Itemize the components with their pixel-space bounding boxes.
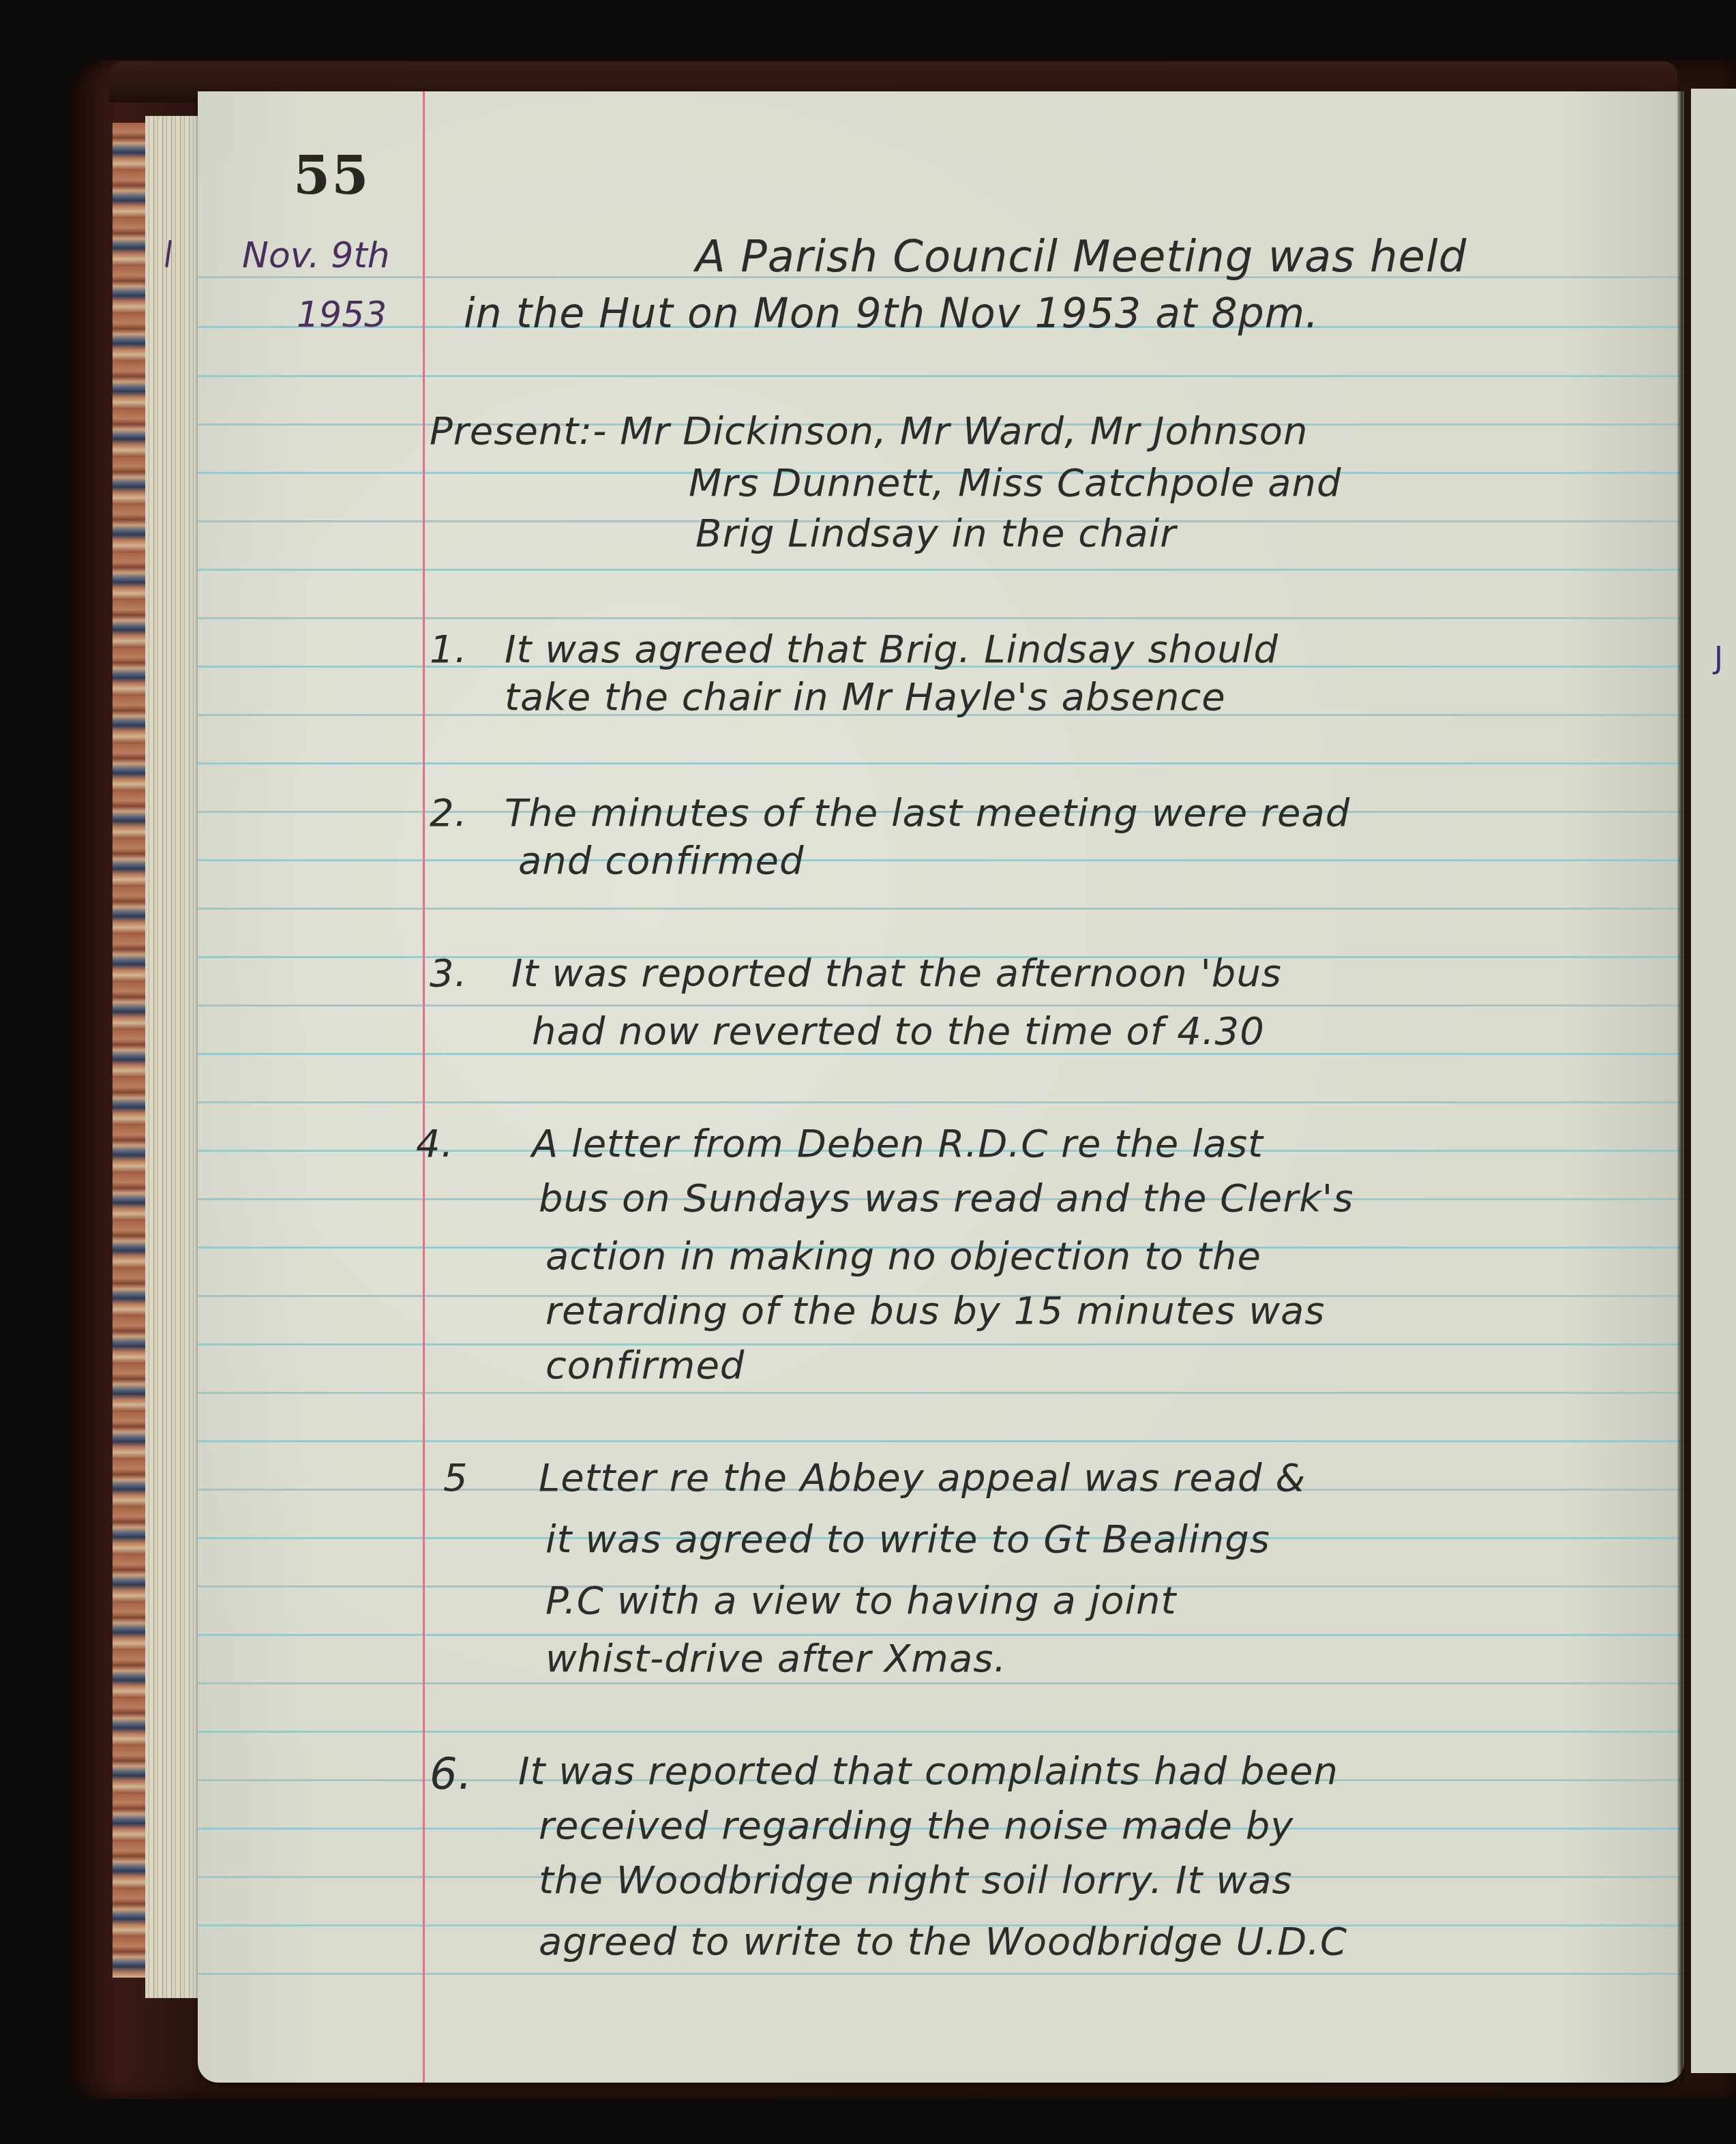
gutter-fold-shadow bbox=[1677, 91, 1687, 2083]
minute-item-line: Letter re the Abbey appeal was read & bbox=[539, 1456, 1306, 1500]
minute-item-line: whist-drive after Xmas. bbox=[545, 1637, 1006, 1681]
minute-item-line: It was reported that complaints had been bbox=[518, 1749, 1338, 1793]
minute-item-line: The minutes of the last meeting were rea… bbox=[505, 791, 1350, 835]
attendees-line: Present:- Mr Dickinson, Mr Ward, Mr John… bbox=[430, 409, 1308, 453]
ruled-line bbox=[198, 908, 1684, 910]
ruled-line bbox=[198, 617, 1684, 619]
minute-item-line: take the chair in Mr Hayle's absence bbox=[505, 675, 1226, 719]
minutes-heading-line: A Parish Council Meeting was held bbox=[695, 232, 1467, 282]
minute-item-line: received regarding the noise made by bbox=[539, 1804, 1293, 1848]
entry-date-day: Nov. 9th bbox=[242, 235, 390, 276]
item-number: 2. bbox=[430, 791, 467, 835]
marbled-page-edges bbox=[113, 123, 145, 1978]
minute-item-line: the Woodbridge night soil lorry. It was bbox=[539, 1858, 1293, 1903]
facing-page: J bbox=[1691, 89, 1736, 2073]
ruled-line bbox=[198, 1682, 1684, 1684]
item-number: 6. bbox=[430, 1749, 473, 1800]
ruled-line bbox=[198, 1101, 1684, 1103]
minute-item-line: P.C with a view to having a joint bbox=[545, 1579, 1177, 1623]
minute-item-line: action in making no objection to the bbox=[545, 1234, 1261, 1279]
page-stack-edges bbox=[145, 116, 200, 1998]
ruled-line bbox=[198, 859, 1684, 861]
ruled-line bbox=[198, 1973, 1684, 1975]
page-number: 55 bbox=[293, 145, 370, 207]
facing-page-mark: J bbox=[1714, 641, 1723, 676]
minute-item-line: It was reported that the afternoon 'bus bbox=[511, 951, 1282, 996]
ruled-line bbox=[198, 1440, 1684, 1442]
minute-item-line: agreed to write to the Woodbridge U.D.C bbox=[539, 1920, 1347, 1964]
item-number: 3. bbox=[430, 951, 467, 996]
minute-item-line: confirmed bbox=[545, 1343, 745, 1388]
item-number: 4. bbox=[416, 1122, 453, 1166]
attendees-line: Mrs Dunnett, Miss Catchpole and bbox=[689, 461, 1342, 505]
minute-item-line: It was agreed that Brig. Lindsay should bbox=[505, 627, 1278, 672]
minute-item-line: and confirmed bbox=[518, 839, 805, 883]
ruled-line bbox=[198, 375, 1684, 377]
ruled-line bbox=[198, 569, 1684, 571]
minute-item-line: had now reverted to the time of 4.30 bbox=[532, 1009, 1265, 1054]
ruled-line bbox=[198, 762, 1684, 764]
attendees-line: Brig Lindsay in the chair bbox=[695, 511, 1176, 556]
ruled-line bbox=[198, 1392, 1684, 1394]
red-margin-line bbox=[423, 91, 425, 2083]
ruled-line bbox=[198, 1634, 1684, 1636]
minute-item-line: it was agreed to write to Gt Bealings bbox=[545, 1517, 1270, 1562]
ruled-line bbox=[198, 1731, 1684, 1733]
minutes-heading-line: in the Hut on Mon 9th Nov 1953 at 8pm. bbox=[464, 290, 1319, 338]
ruled-line bbox=[198, 1004, 1684, 1007]
item-number: 1. bbox=[430, 627, 467, 672]
entry-date-year: 1953 bbox=[297, 295, 387, 336]
ruled-line bbox=[198, 1343, 1684, 1345]
minute-item-line: bus on Sundays was read and the Clerk's bbox=[539, 1176, 1353, 1221]
item-number: 5 bbox=[443, 1456, 468, 1500]
minute-item-line: retarding of the bus by 15 minutes was bbox=[545, 1289, 1326, 1333]
minute-item-line: A letter from Deben R.D.C re the last bbox=[532, 1122, 1263, 1166]
